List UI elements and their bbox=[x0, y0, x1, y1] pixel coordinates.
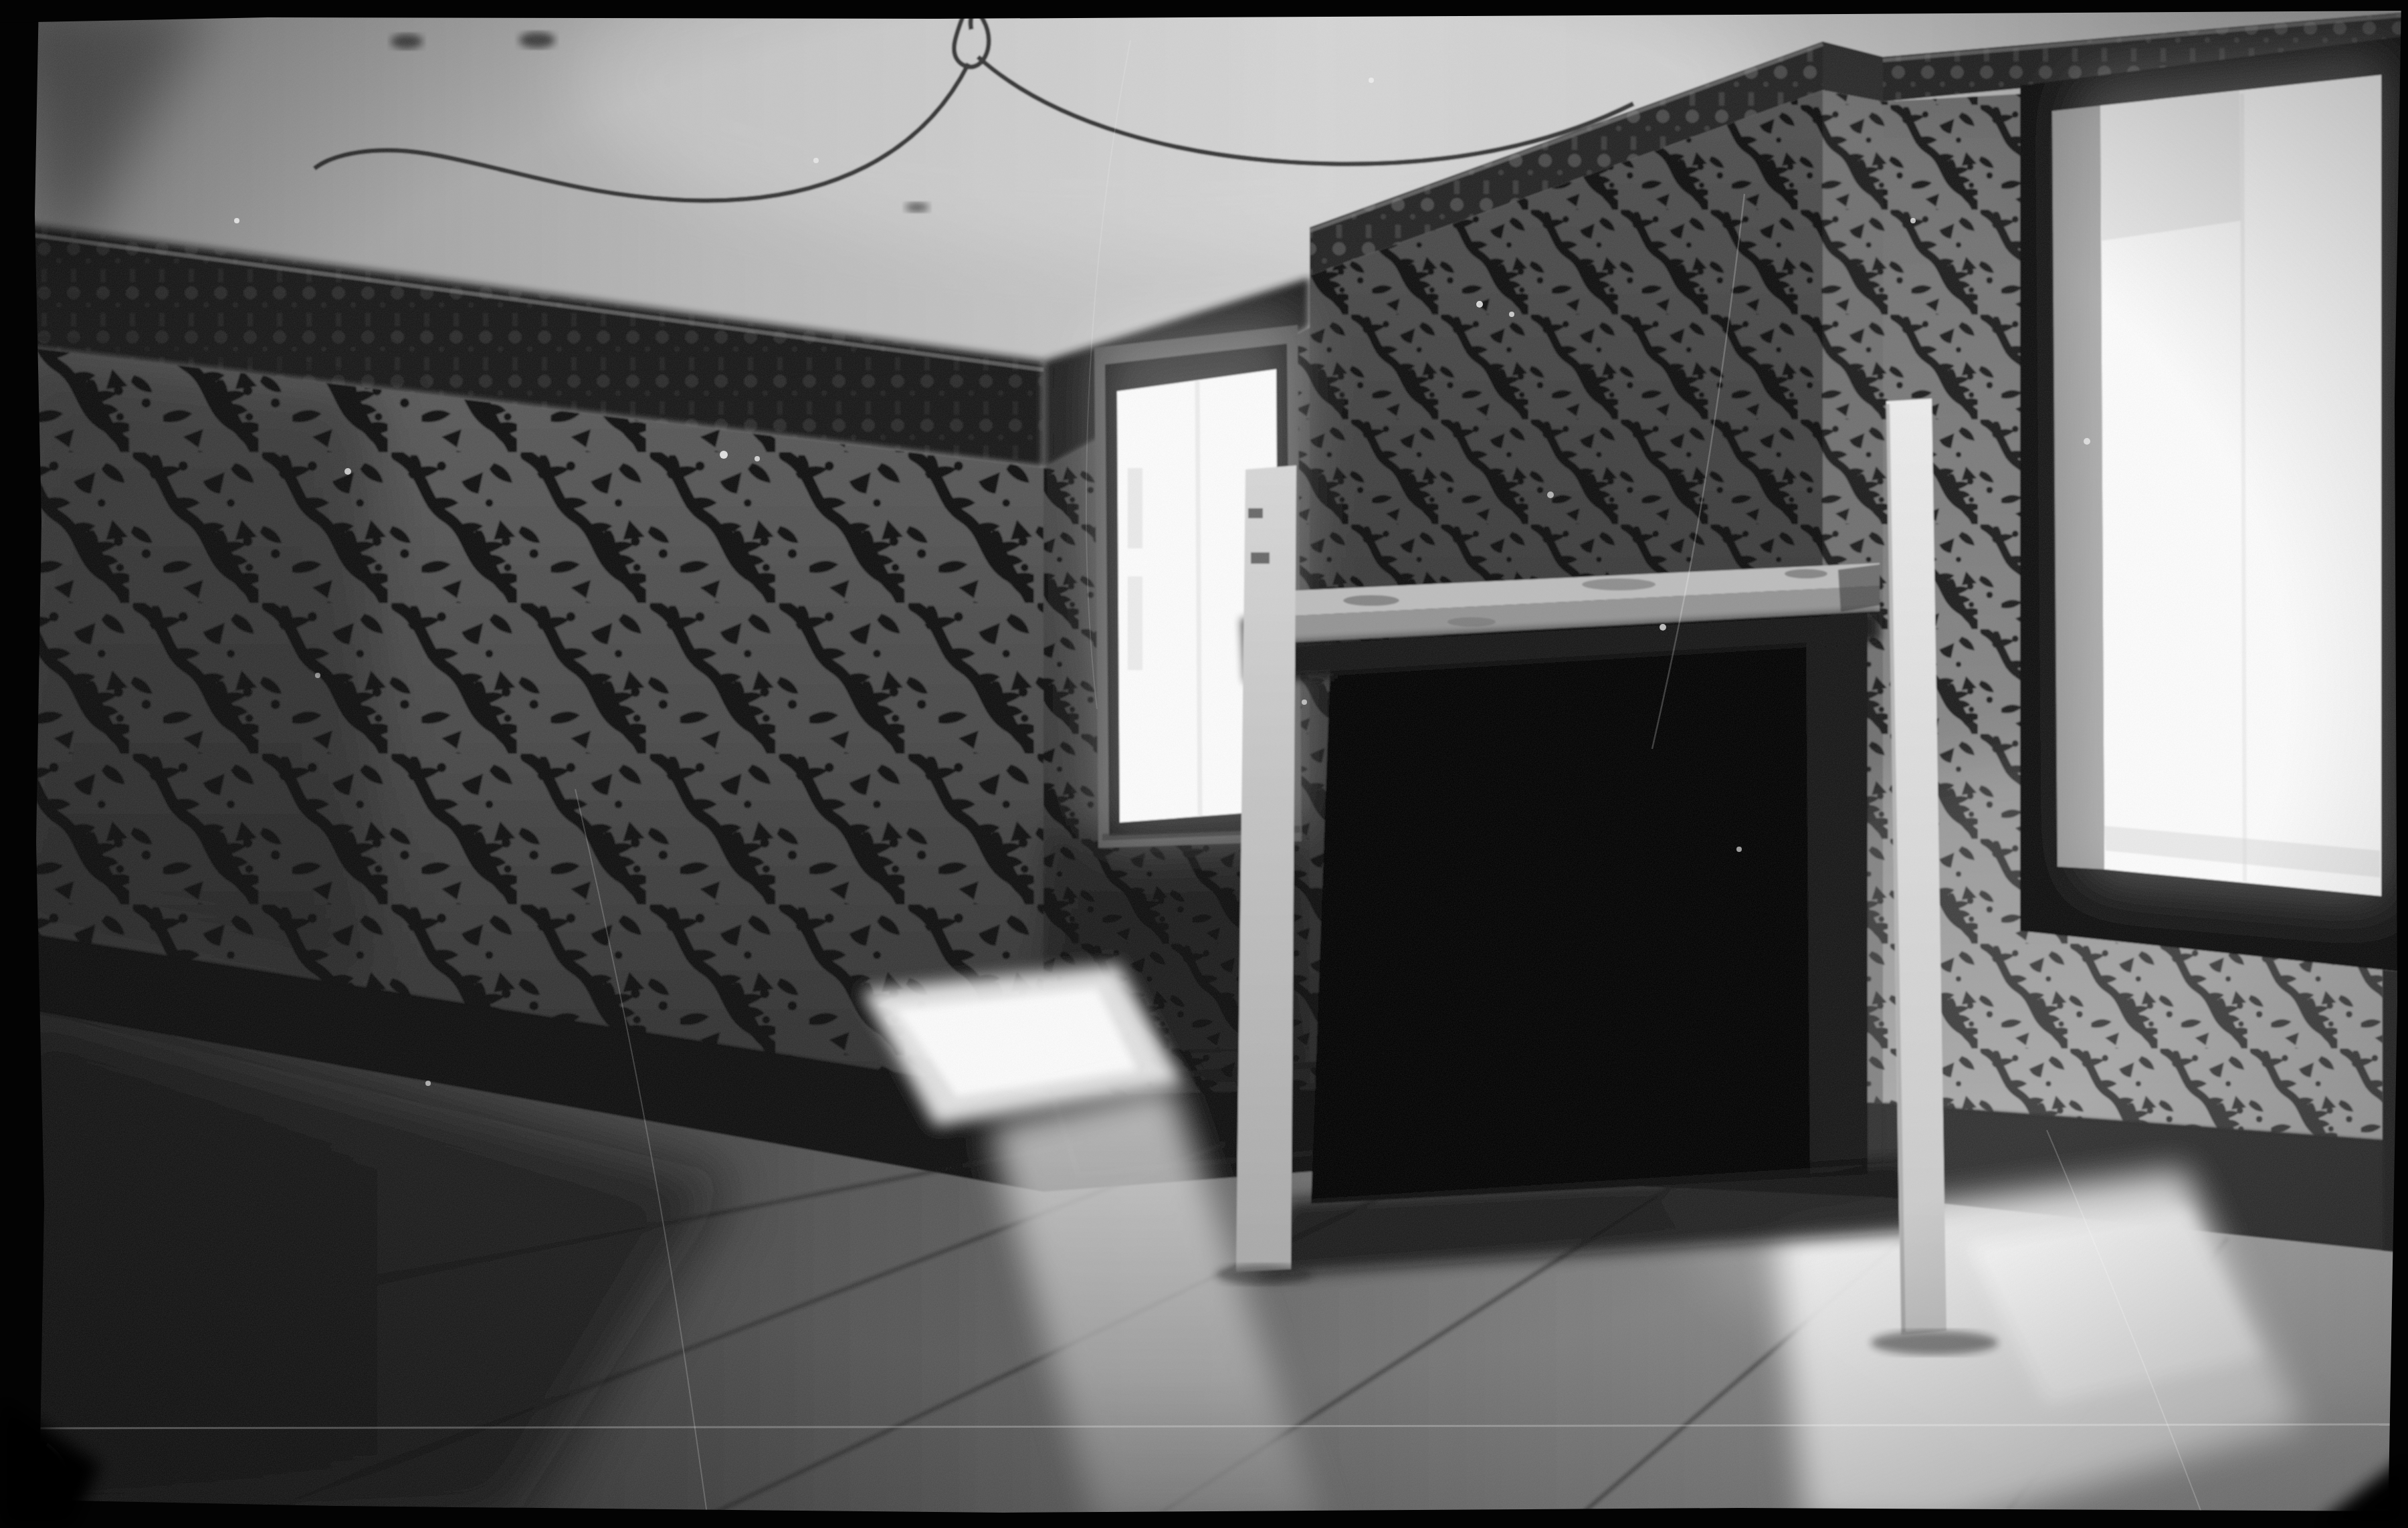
film-grain bbox=[0, 0, 2408, 1528]
photograph bbox=[0, 0, 2408, 1528]
film-artifacts bbox=[0, 0, 2408, 1528]
